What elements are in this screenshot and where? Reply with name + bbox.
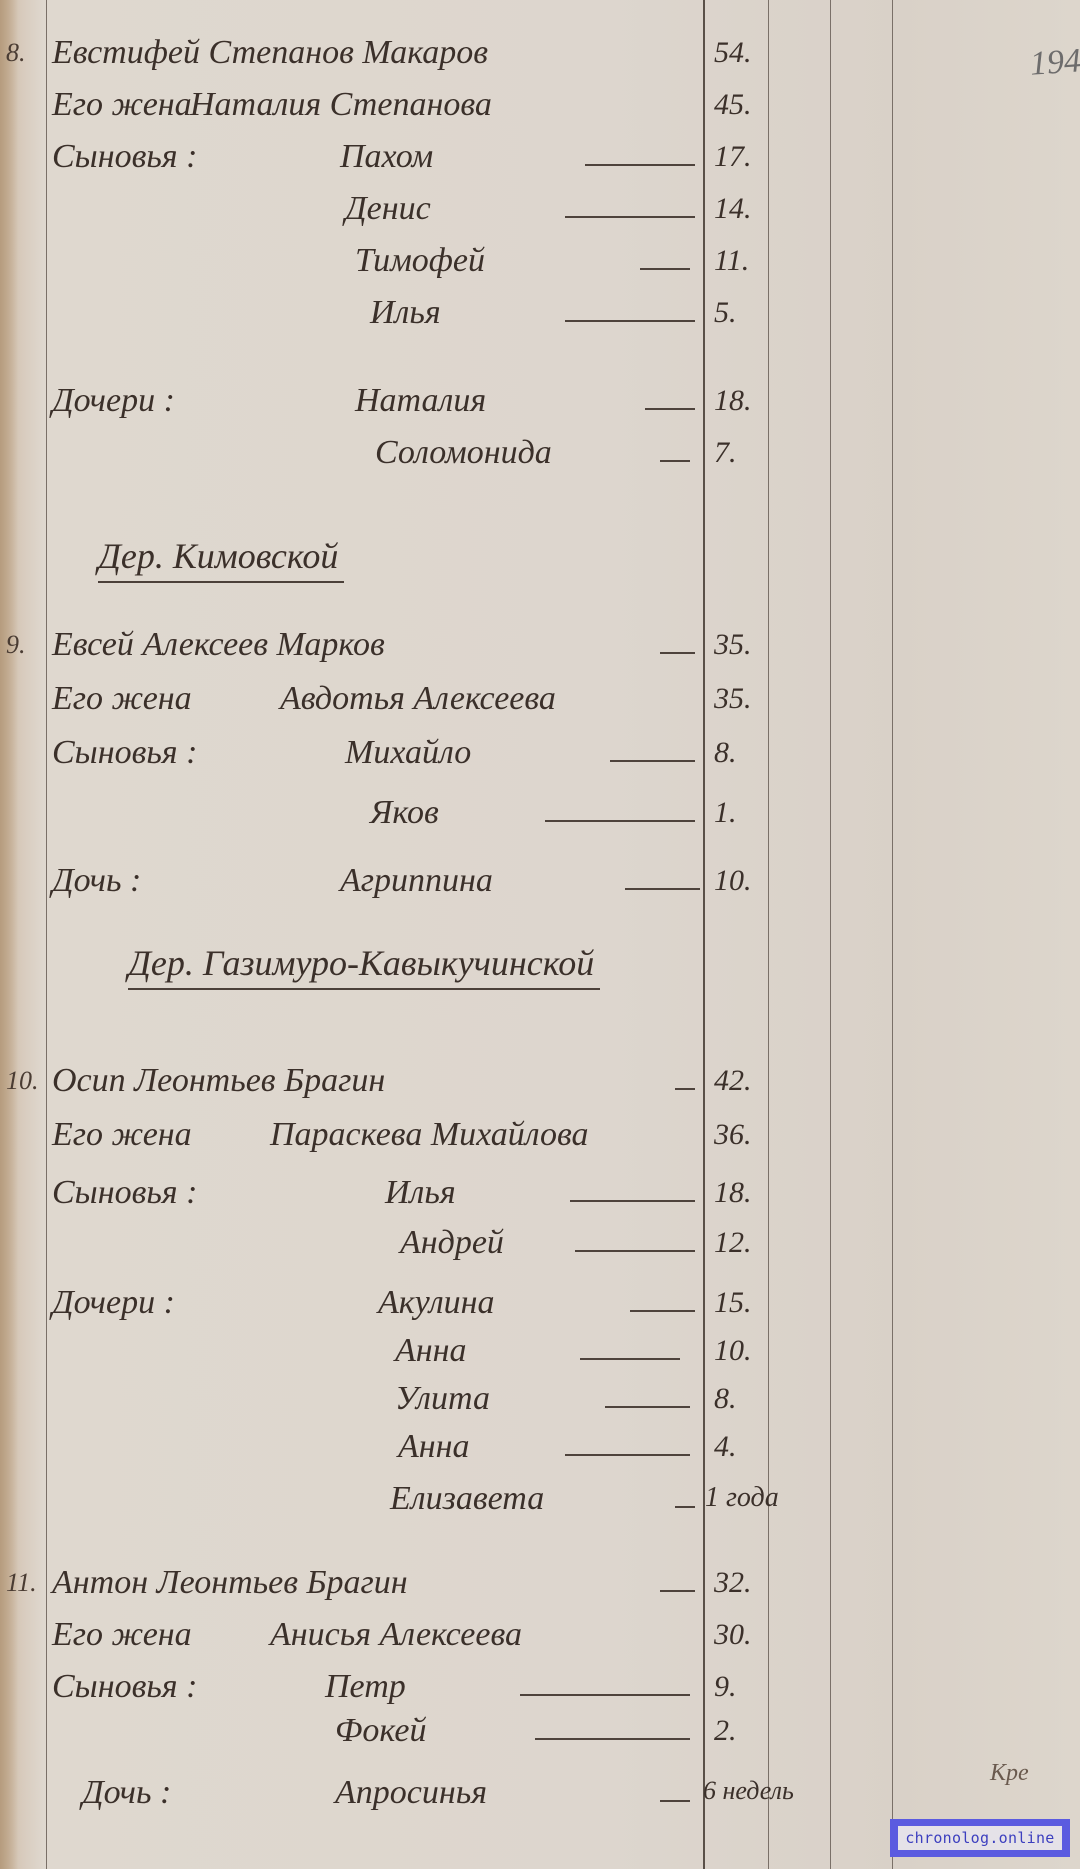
person-name: Улита — [395, 1380, 490, 1418]
age: 8. — [714, 736, 737, 770]
household-row: Елизавета 1 года — [0, 1476, 1080, 1524]
age: 9. — [714, 1670, 737, 1704]
household-row: Его жена Наталия Степанова 45. — [0, 82, 1080, 130]
dash-line — [675, 1088, 695, 1090]
relation-label: Дочери : — [52, 382, 175, 420]
person-name: Анна — [395, 1332, 467, 1370]
dash-line — [675, 1506, 695, 1508]
dash-line — [660, 1800, 690, 1802]
age: 14. — [714, 192, 752, 226]
household-row: Анна 4. — [0, 1424, 1080, 1472]
dash-line — [610, 760, 695, 762]
relation-label: Дочь : — [82, 1774, 171, 1812]
relation-label: Сыновья : — [52, 138, 197, 176]
household-row: 10. Осип Леонтьев Брагин 42. — [0, 1058, 1080, 1106]
dash-line — [625, 888, 700, 890]
person-name: Соломонида — [375, 434, 552, 472]
relation-label: Сыновья : — [52, 1668, 197, 1706]
household-number: 10. — [6, 1066, 39, 1096]
household-row: Яков 1. — [0, 790, 1080, 838]
age: 36. — [714, 1118, 752, 1152]
household-row: Денис 14. — [0, 186, 1080, 234]
age: 5. — [714, 296, 737, 330]
age: 15. — [714, 1286, 752, 1320]
age: 10. — [714, 864, 752, 898]
age: 32. — [714, 1566, 752, 1600]
dash-line — [520, 1694, 690, 1696]
age: 1 года — [705, 1482, 779, 1514]
household-row: Его жена Авдотья Алексеева 35. — [0, 676, 1080, 724]
age: 1. — [714, 796, 737, 830]
head-name: Осип Леонтьев Брагин — [52, 1062, 385, 1100]
village-heading: Дер. Кимовской — [98, 535, 344, 583]
age: 6 недель — [703, 1776, 794, 1806]
relation-label: Сыновья : — [52, 1174, 197, 1212]
person-name: Параскева Михайлова — [270, 1116, 589, 1154]
watermark: chronolog.online — [890, 1819, 1070, 1857]
household-row: 9. Евсей Алексеев Марков 35. — [0, 622, 1080, 670]
age: 54. — [714, 36, 752, 70]
household-row: Сыновья : Пахом 17. — [0, 134, 1080, 182]
relation-label: Его жена — [52, 1616, 192, 1654]
age: 17. — [714, 140, 752, 174]
age: 42. — [714, 1064, 752, 1098]
relation-label: Его жена — [52, 1116, 192, 1154]
person-name: Тимофей — [355, 242, 485, 280]
person-name: Авдотья Алексеева — [280, 680, 556, 718]
person-name: Денис — [345, 190, 431, 228]
person-name: Андрей — [400, 1224, 504, 1262]
margin-note: Кре — [990, 1760, 1029, 1787]
person-name: Петр — [325, 1668, 406, 1706]
household-row: Дочери : Наталия 18. — [0, 378, 1080, 426]
household-row: Его жена Параскева Михайлова 36. — [0, 1112, 1080, 1160]
age: 18. — [714, 1176, 752, 1210]
household-row: Андрей 12. — [0, 1220, 1080, 1268]
age: 45. — [714, 88, 752, 122]
person-name: Апросинья — [335, 1774, 487, 1812]
dash-line — [565, 216, 695, 218]
household-row: Улита 8. — [0, 1376, 1080, 1424]
dash-line — [630, 1310, 695, 1312]
age: 8. — [714, 1382, 737, 1416]
household-number: 11. — [6, 1568, 37, 1598]
person-name: Михайло — [345, 734, 471, 772]
relation-label: Дочери : — [52, 1284, 175, 1322]
dash-line — [570, 1200, 695, 1202]
dash-line — [640, 268, 690, 270]
person-name: Агриппина — [340, 862, 493, 900]
household-number: 9. — [6, 630, 26, 660]
dash-line — [660, 460, 690, 462]
head-name: Антон Леонтьев Брагин — [52, 1564, 408, 1602]
age: 4. — [714, 1430, 737, 1464]
age: 35. — [714, 682, 752, 716]
dash-line — [575, 1250, 695, 1252]
age: 10. — [714, 1334, 752, 1368]
head-name: Евстифей Степанов Макаров — [52, 34, 488, 72]
household-row: Его жена Анисья Алексеева 30. — [0, 1612, 1080, 1660]
head-name: Евсей Алексеев Марков — [52, 626, 385, 664]
dash-line — [660, 652, 695, 654]
person-name: Анисья Алексеева — [270, 1616, 522, 1654]
household-row: 11. Антон Леонтьев Брагин 32. — [0, 1560, 1080, 1608]
household-row: Соломонида 7. — [0, 430, 1080, 478]
household-row: Дочь : Агриппина 10. — [0, 858, 1080, 906]
document-page: 194 8. Евстифей Степанов Макаров 54. Его… — [0, 0, 1080, 1869]
household-row: Сыновья : Петр 9. — [0, 1664, 1080, 1712]
person-name: Яков — [370, 794, 439, 832]
relation-label: Сыновья : — [52, 734, 197, 772]
dash-line — [565, 1454, 690, 1456]
person-name: Пахом — [340, 138, 433, 176]
relation-label: Его жена — [52, 86, 192, 124]
household-row: Дочери : Акулина 15. — [0, 1280, 1080, 1328]
household-row: Дочь : Апросинья 6 недель — [0, 1770, 1080, 1818]
dash-line — [645, 408, 695, 410]
age: 2. — [714, 1714, 737, 1748]
person-name: Акулина — [378, 1284, 495, 1322]
person-name: Наталия — [355, 382, 486, 420]
dash-line — [660, 1590, 695, 1592]
age: 12. — [714, 1226, 752, 1260]
dash-line — [565, 320, 695, 322]
household-row: Илья 5. — [0, 290, 1080, 338]
person-name: Илья — [370, 294, 441, 332]
age: 35. — [714, 628, 752, 662]
person-name: Фокей — [335, 1712, 427, 1750]
age: 7. — [714, 436, 737, 470]
household-row: Фокей 2. — [0, 1708, 1080, 1756]
dash-line — [580, 1358, 680, 1360]
village-heading: Дер. Газимуро-Кавыкучинской — [128, 942, 600, 990]
household-row: Тимофей 11. — [0, 238, 1080, 286]
relation-label: Дочь : — [52, 862, 141, 900]
relation-label: Его жена — [52, 680, 192, 718]
household-row: Анна 10. — [0, 1328, 1080, 1376]
person-name: Елизавета — [390, 1480, 544, 1518]
age: 30. — [714, 1618, 752, 1652]
household-number: 8. — [6, 38, 26, 68]
age: 11. — [714, 244, 749, 278]
dash-line — [605, 1406, 690, 1408]
dash-line — [535, 1738, 690, 1740]
watermark-text: chronolog.online — [898, 1826, 1062, 1850]
household-row: Сыновья : Михайло 8. — [0, 730, 1080, 778]
person-name: Анна — [398, 1428, 470, 1466]
dash-line — [585, 164, 695, 166]
person-name: Наталия Степанова — [190, 86, 492, 124]
person-name: Илья — [385, 1174, 456, 1212]
household-row: 8. Евстифей Степанов Макаров 54. — [0, 30, 1080, 78]
dash-line — [545, 820, 695, 822]
household-row: Сыновья : Илья 18. — [0, 1170, 1080, 1218]
age: 18. — [714, 384, 752, 418]
